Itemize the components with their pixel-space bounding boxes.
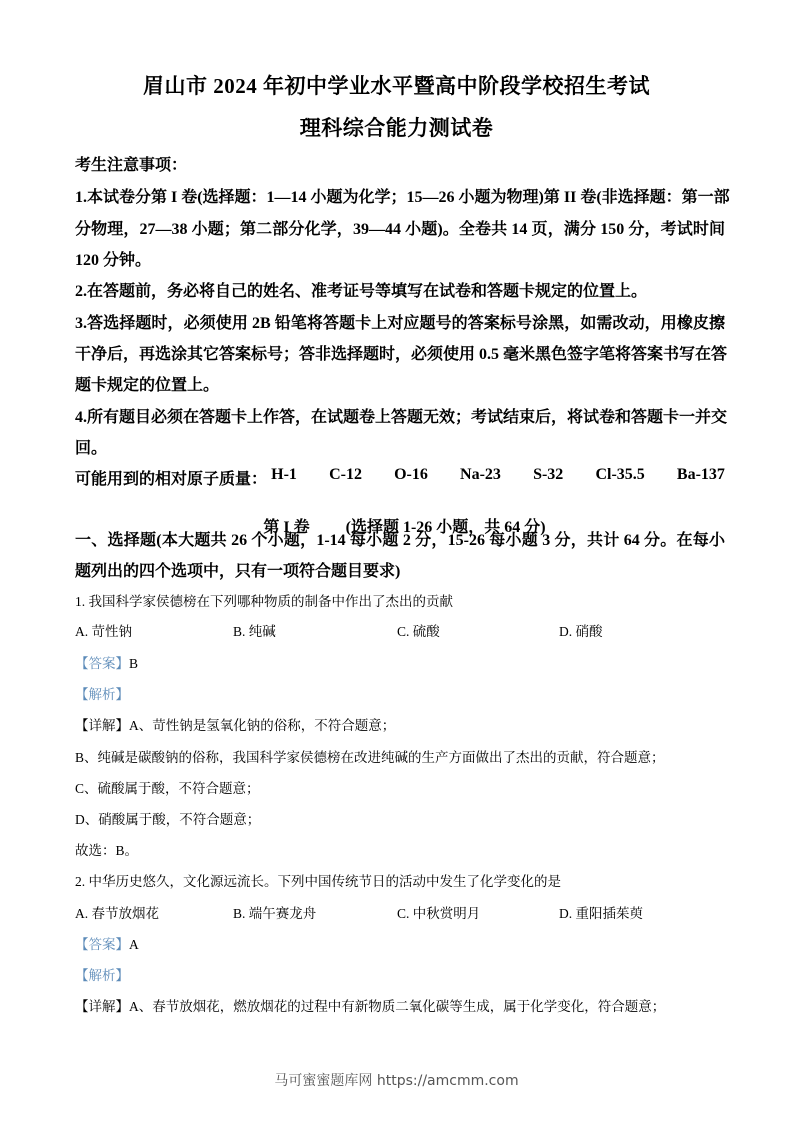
section-heading-line: 一、选择题(本大题共 26 个小题，1-14 每小题 2 分，15-26 每小题… bbox=[75, 527, 725, 550]
footer-watermark: 马可蜜蜜题库网 https://amcmm.com bbox=[0, 1070, 793, 1090]
option-a: A. 苛性钠 bbox=[75, 620, 132, 640]
notice-line: 1.本试卷分第 I 卷(选择题：1—14 小题为化学；15—26 小题为物理)第… bbox=[75, 184, 725, 207]
detail-line: 【详解】A、春节放烟花，燃放烟花的过程中有新物质二氧化碳等生成，属于化学变化，符… bbox=[75, 995, 725, 1015]
option-a: A. 春节放烟花 bbox=[75, 902, 159, 922]
detail-line: D、硝酸属于酸，不符合题意； bbox=[75, 808, 725, 828]
answer-label: 【答案】 bbox=[75, 656, 129, 671]
atomic-mass-item: Ba-137 bbox=[677, 466, 725, 489]
analysis-line: 【解析】 bbox=[75, 964, 725, 984]
detail-line: 【详解】A、苛性钠是氢氧化钠的俗称，不符合题意； bbox=[75, 714, 725, 734]
atomic-mass-item: H-1 bbox=[271, 466, 297, 489]
detail-line: B、纯碱是碳酸钠的俗称，我国科学家侯德榜在改进纯碱的生产方面做出了杰出的贡献，符… bbox=[75, 746, 725, 766]
detail-line: C、硫酸属于酸，不符合题意； bbox=[75, 777, 725, 797]
exam-title: 眉山市 2024 年初中学业水平暨高中阶段学校招生考试 bbox=[0, 70, 793, 100]
atomic-mass-row: 可能用到的相对原子质量： H-1 C-12 O-16 Na-23 S-32 Cl… bbox=[75, 466, 725, 489]
notice-line: 分物理，27—38 小题；第二部分化学，39—44 小题)。全卷共 14 页，满… bbox=[75, 216, 725, 239]
detail-line: 故选：B。 bbox=[75, 839, 725, 859]
option-d: D. 硝酸 bbox=[559, 620, 603, 640]
notice-line: 题卡规定的位置上。 bbox=[75, 372, 725, 395]
atomic-mass-item: Cl-35.5 bbox=[595, 466, 644, 489]
document-page: 眉山市 2024 年初中学业水平暨高中阶段学校招生考试 理科综合能力测试卷 考生… bbox=[0, 0, 793, 1122]
atomic-mass-item: S-32 bbox=[533, 466, 563, 489]
atomic-mass-label: 可能用到的相对原子质量： bbox=[75, 466, 267, 489]
analysis-label: 【解析】 bbox=[75, 687, 129, 702]
notice-line: 4.所有题目必须在答题卡上作答，在试题卷上答题无效；考试结束后，将试卷和答题卡一… bbox=[75, 404, 725, 427]
atomic-mass-item: O-16 bbox=[394, 466, 428, 489]
notice-line: 干净后，再选涂其它答案标号；答非选择题时，必须使用 0.5 毫米黑色签字笔将答案… bbox=[75, 341, 725, 364]
exam-subtitle: 理科综合能力测试卷 bbox=[0, 112, 793, 142]
detail-label: 【详解】 bbox=[75, 999, 129, 1014]
notice-line: 回。 bbox=[75, 435, 725, 458]
analysis-line: 【解析】 bbox=[75, 683, 725, 703]
option-c: C. 硫酸 bbox=[397, 620, 440, 640]
answer-value: A bbox=[129, 937, 139, 952]
detail-label: 【详解】 bbox=[75, 718, 129, 733]
option-c: C. 中秋赏明月 bbox=[397, 902, 480, 922]
section-heading-line: 题列出的四个选项中，只有一项符合题目要求) bbox=[75, 558, 725, 581]
answer-line: 【答案】B bbox=[75, 652, 725, 672]
notice-line: 3.答选择题时，必须使用 2B 铅笔将答题卡上对应题号的答案标号涂黑，如需改动，… bbox=[75, 310, 725, 333]
atomic-mass-item: Na-23 bbox=[460, 466, 501, 489]
option-b: B. 纯碱 bbox=[233, 620, 276, 640]
notice-line: 2.在答题前，务必将自己的姓名、准考证号等填写在试卷和答题卡规定的位置上。 bbox=[75, 278, 725, 301]
analysis-label: 【解析】 bbox=[75, 968, 129, 983]
notice-line: 120 分钟。 bbox=[75, 247, 725, 270]
answer-label: 【答案】 bbox=[75, 937, 129, 952]
atomic-mass-item: C-12 bbox=[329, 466, 362, 489]
question-stem: 1. 我国科学家侯德榜在下列哪种物质的制备中作出了杰出的贡献 bbox=[75, 590, 725, 610]
option-b: B. 端午赛龙舟 bbox=[233, 902, 316, 922]
option-d: D. 重阳插茱萸 bbox=[559, 902, 643, 922]
question-stem: 2. 中华历史悠久，文化源远流长。下列中国传统节日的活动中发生了化学变化的是 bbox=[75, 870, 725, 890]
notice-heading: 考生注意事项： bbox=[75, 152, 725, 175]
answer-line: 【答案】A bbox=[75, 933, 725, 953]
answer-value: B bbox=[129, 656, 138, 671]
